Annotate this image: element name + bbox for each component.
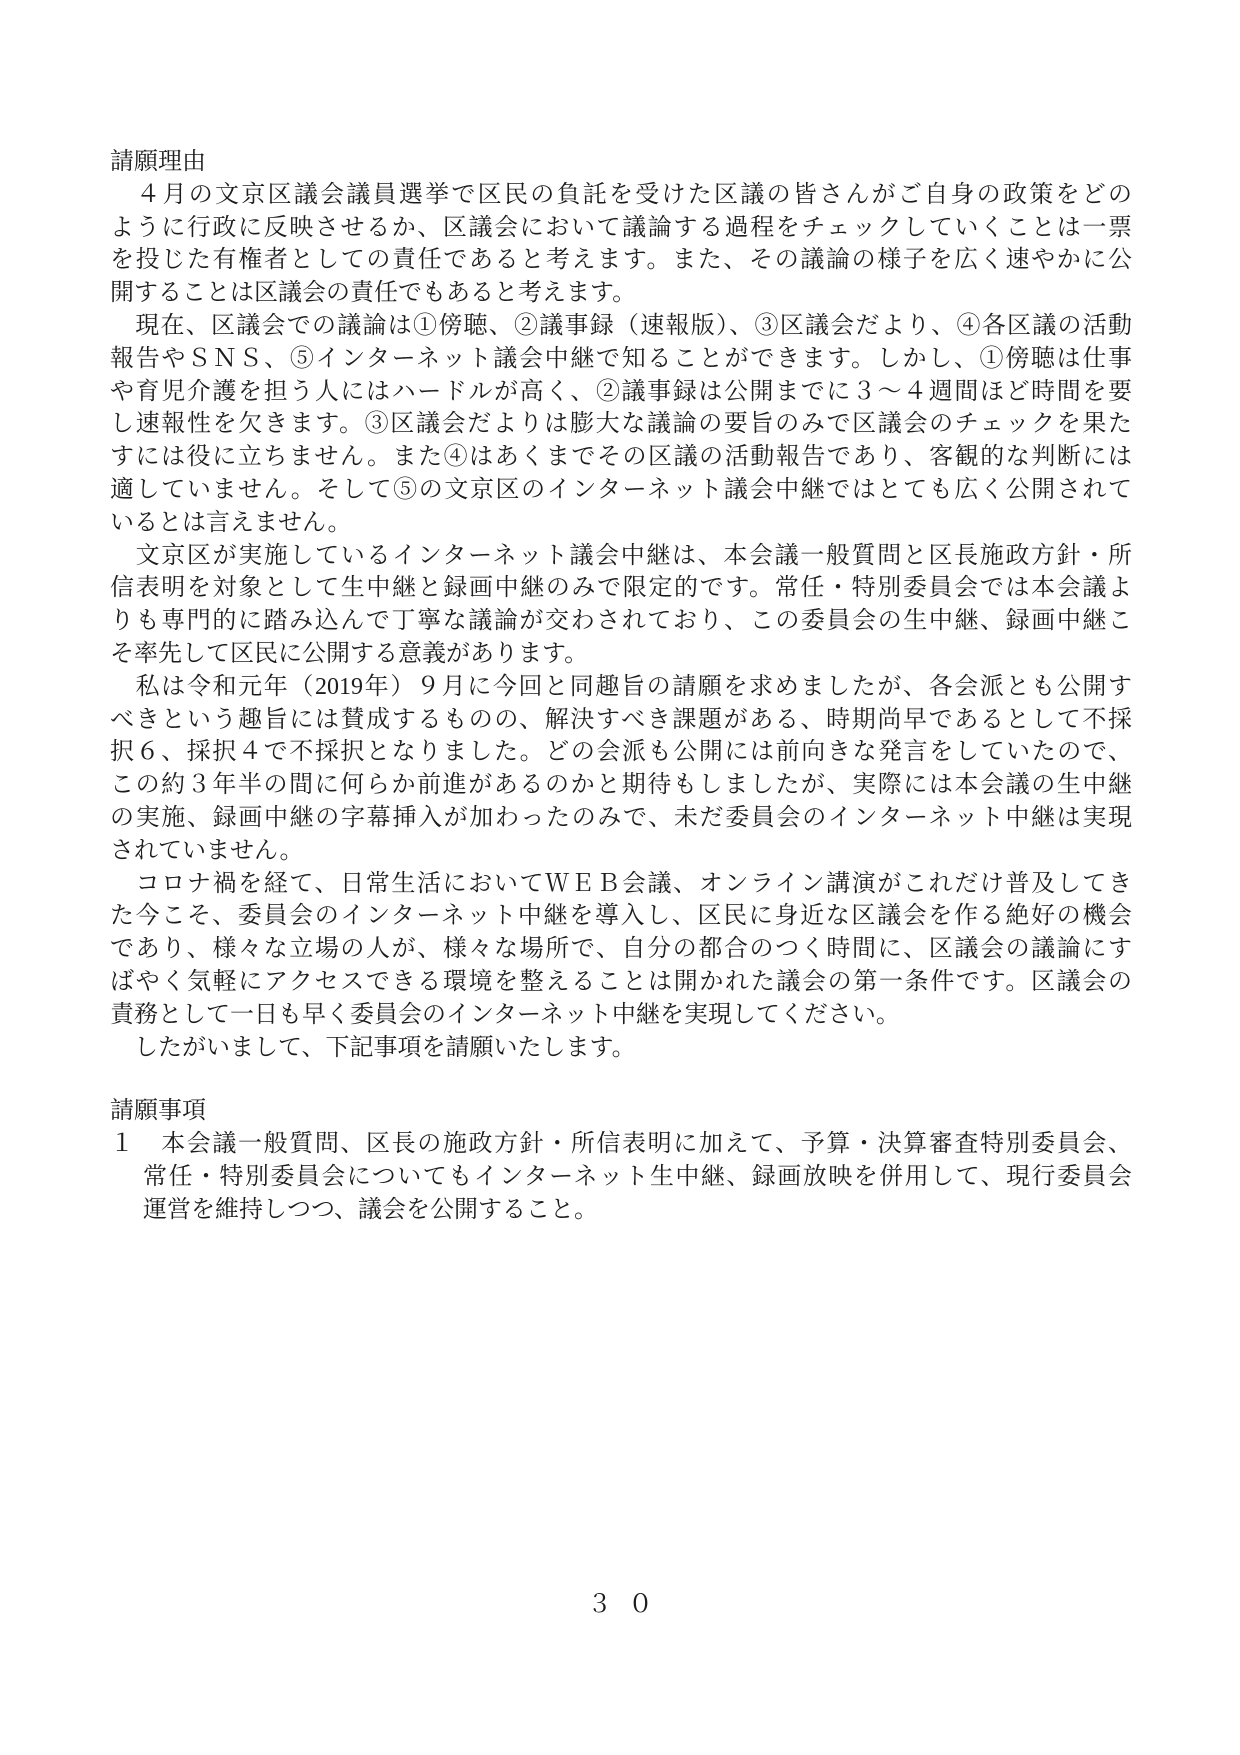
text-line: 文京区が実施しているインターネット議会中継は、本会議一般質問と区長施政方針・所 (110, 540, 1132, 573)
text-line: であり、様々な立場の人が、様々な場所で、自分の都合のつく時間に、区議会の議論にす (110, 933, 1132, 966)
text-line: 信表明を対象として生中継と録画中継のみで限定的です。常任・特別委員会では本会議よ (110, 572, 1132, 605)
items-section: 請願事項 １ 本会議一般質問、区長の施政方針・所信表明に加えて、予算・決算審査特… (110, 1095, 1132, 1226)
item-line: １ 本会議一般質問、区長の施政方針・所信表明に加えて、予算・決算審査特別委員会、 (110, 1128, 1132, 1161)
text-line: 適していません。そして⑤の文京区のインターネット議会中継ではとても広く公開されて (110, 474, 1132, 507)
text-line: べきという趣旨には賛成するものの、解決すべき課題がある、時期尚早であるとして不採 (110, 704, 1132, 737)
items-heading: 請願事項 (110, 1095, 1132, 1128)
text-line: の実施、録画中継の字幕挿入が加わったのみで、未だ委員会のインターネット中継は実現 (110, 802, 1132, 835)
text-line: た今こそ、委員会のインターネット中継を導入し、区民に身近な区議会を作る絶好の機会 (110, 900, 1132, 933)
page-number: ３０ (0, 1584, 1240, 1620)
text-line: 責務として一日も早く委員会のインターネット中継を実現してください。 (110, 999, 1132, 1032)
text-line: や育児介護を担う人にはハードルが高く、②議事録は公開までに３～４週間ほど時間を要 (110, 376, 1132, 409)
text-line: 択６、採択４で不採択となりました。どの会派も公開には前向きな発言をしていたので、 (110, 736, 1132, 769)
text-line: したがいまして、下記事項を請願いたします。 (110, 1032, 1132, 1065)
text-line: されていません。 (110, 835, 1132, 868)
text-line: 現在、区議会での議論は①傍聴、②議事録（速報版）、③区議会だより、④各区議の活動 (110, 310, 1132, 343)
text-line: を投じた有権者としての責任であると考えます。また、その議論の様子を広く速やかに公 (110, 244, 1132, 277)
text-line: 私は令和元年（2019年）９月に今回と同趣旨の請願を求めましたが、各会派とも公開… (110, 671, 1132, 704)
item-line: 常任・特別委員会についてもインターネット生中継、録画放映を併用して、現行委員会 (110, 1161, 1132, 1194)
text-line: いるとは言えません。 (110, 507, 1132, 540)
document-page: 請願理由 ４月の文京区議会議員選挙で区民の負託を受けた区議の皆さんがご自身の政策… (0, 0, 1240, 1755)
text-line: ばやく気軽にアクセスできる環境を整えることは開かれた議会の第一条件です。区議会の (110, 966, 1132, 999)
text-line: 報告やＳＮＳ、⑤インターネット議会中継で知ることができます。しかし、①傍聴は仕事 (110, 343, 1132, 376)
text-line: ように行政に反映させるか、区議会において議論する過程をチェックしていくことは一票 (110, 212, 1132, 245)
text-line: コロナ禍を経て、日常生活においてＷＥＢ会議、オンライン講演がこれだけ普及してき (110, 868, 1132, 901)
item-line: 運営を維持しつつ、議会を公開すること。 (110, 1194, 1132, 1227)
text-line: この約３年半の間に何らか前進があるのかと期待もしましたが、実際には本会議の生中継 (110, 769, 1132, 802)
text-line: ４月の文京区議会議員選挙で区民の負託を受けた区議の皆さんがご自身の政策をどの (110, 179, 1132, 212)
text-line: 開することは区議会の責任でもあると考えます。 (110, 277, 1132, 310)
text-line: し速報性を欠きます。③区議会だよりは膨大な議論の要旨のみで区議会のチェックを果た (110, 408, 1132, 441)
text-line: すには役に立ちません。また④はあくまでその区議の活動報告であり、客観的な判断には (110, 441, 1132, 474)
reason-heading: 請願理由 (110, 146, 1132, 179)
petition-body: 請願理由 ４月の文京区議会議員選挙で区民の負託を受けた区議の皆さんがご自身の政策… (110, 146, 1132, 1227)
text-line: そ率先して区民に公開する意義があります。 (110, 638, 1132, 671)
text-line: りも専門的に踏み込んで丁寧な議論が交わされており、この委員会の生中継、録画中継こ (110, 605, 1132, 638)
